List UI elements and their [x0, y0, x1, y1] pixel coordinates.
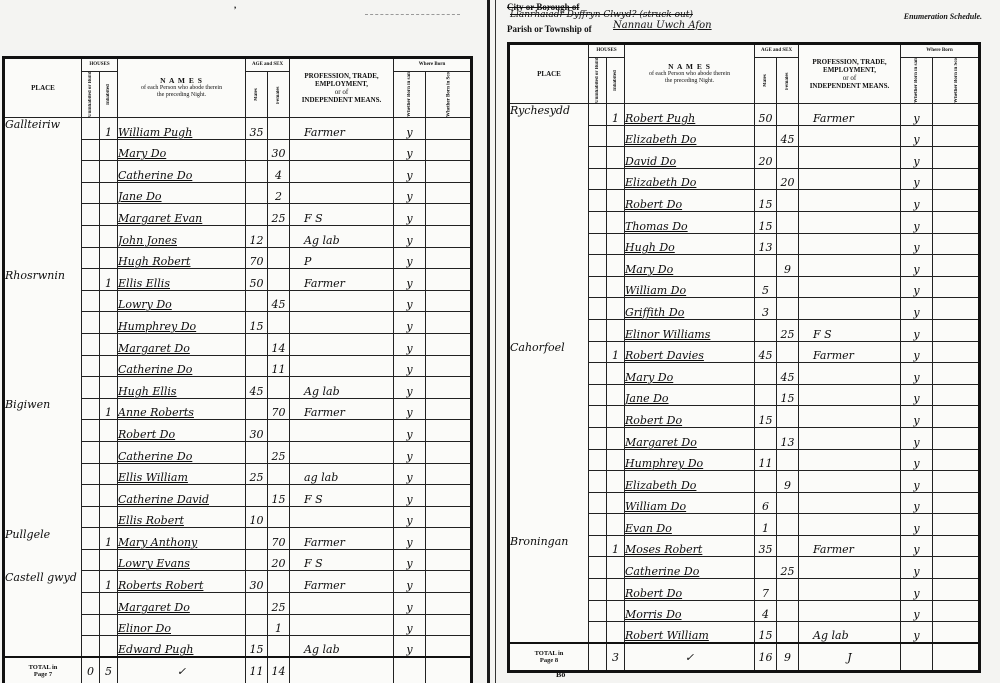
- male-age-cell: [246, 204, 268, 226]
- born-elsewhere-cell: [933, 276, 980, 298]
- born-elsewhere-cell: [426, 636, 472, 658]
- occupation-cell: [290, 333, 394, 355]
- uninhabited-cell: [589, 104, 607, 126]
- parish-value: Nannau Uwch Afon: [613, 20, 712, 31]
- inhabited-cell: 1: [100, 118, 118, 140]
- female-age-cell: 13: [777, 427, 799, 449]
- total-born-elsewhere: [426, 657, 472, 683]
- born-same-county-cell: y: [394, 420, 426, 442]
- male-age-cell: [246, 528, 268, 550]
- born-elsewhere-cell: [933, 579, 980, 601]
- occupation-cell: [290, 355, 394, 377]
- born-same-county-cell: y: [901, 384, 933, 406]
- total-uninhabited: [589, 643, 607, 672]
- female-age-cell: 20: [268, 549, 290, 571]
- born-same-county-cell: y: [394, 312, 426, 334]
- occupation-cell: Farmer: [290, 398, 394, 420]
- female-age-cell: 9: [777, 255, 799, 277]
- born-elsewhere-cell: [933, 406, 980, 428]
- header-age-sex: AGE and SEX: [755, 44, 799, 58]
- name-cell: Morris Do: [625, 600, 755, 622]
- born-same-county-cell: y: [901, 557, 933, 579]
- born-same-county-cell: y: [901, 147, 933, 169]
- male-age-cell: [755, 384, 777, 406]
- inhabited-cell: [607, 233, 625, 255]
- female-age-cell: [777, 211, 799, 233]
- name-cell: Thomas Do: [625, 211, 755, 233]
- female-age-cell: 11: [268, 355, 290, 377]
- uninhabited-cell: [82, 571, 100, 593]
- inhabited-cell: [607, 557, 625, 579]
- born-elsewhere-cell: [933, 600, 980, 622]
- male-age-cell: [246, 139, 268, 161]
- name-cell: Roberts Robert: [118, 571, 246, 593]
- occupation-cell: F S: [799, 319, 901, 341]
- uninhabited-cell: [82, 118, 100, 140]
- female-age-cell: 25: [777, 319, 799, 341]
- born-elsewhere-cell: [933, 125, 980, 147]
- female-age-cell: 25: [777, 557, 799, 579]
- male-age-cell: [246, 485, 268, 507]
- right-rows: Rychesydd1Robert Pugh50FarmeryElizabeth …: [509, 104, 980, 672]
- inhabited-cell: [100, 290, 118, 312]
- born-elsewhere-cell: [933, 255, 980, 277]
- born-elsewhere-cell: [426, 269, 472, 291]
- occupation-cell: [799, 125, 901, 147]
- male-age-cell: 10: [246, 506, 268, 528]
- born-elsewhere-cell: [426, 614, 472, 636]
- header-born-same-county: Whether Born in same County: [394, 72, 426, 118]
- born-elsewhere-cell: [933, 211, 980, 233]
- uninhabited-cell: [589, 600, 607, 622]
- table-row: Rychesydd1Robert Pugh50Farmery: [509, 104, 980, 126]
- name-cell: Anne Roberts: [118, 398, 246, 420]
- inhabited-cell: [100, 549, 118, 571]
- inhabited-cell: [100, 485, 118, 507]
- female-age-cell: [268, 377, 290, 399]
- male-age-cell: 7: [755, 579, 777, 601]
- uninhabited-cell: [82, 593, 100, 615]
- name-cell: John Jones: [118, 225, 246, 247]
- name-cell: Robert Do: [625, 579, 755, 601]
- female-age-cell: [268, 247, 290, 269]
- female-age-cell: 9: [777, 471, 799, 493]
- born-same-county-cell: y: [901, 168, 933, 190]
- name-cell: Jane Do: [118, 182, 246, 204]
- female-age-cell: [268, 463, 290, 485]
- female-age-cell: [777, 233, 799, 255]
- uninhabited-cell: [82, 506, 100, 528]
- occupation-cell: ag lab: [290, 463, 394, 485]
- male-age-cell: [755, 255, 777, 277]
- male-age-cell: 45: [755, 341, 777, 363]
- uninhabited-cell: [82, 161, 100, 183]
- name-cell: Humphrey Do: [625, 449, 755, 471]
- born-elsewhere-cell: [426, 485, 472, 507]
- header-profession-4: INDEPENDENT MEANS.: [290, 96, 393, 104]
- header-names-sub2: the preceding Night.: [118, 92, 245, 99]
- inhabited-cell: 1: [607, 104, 625, 126]
- name-cell: Catherine Do: [118, 355, 246, 377]
- female-age-cell: 25: [268, 593, 290, 615]
- female-age-cell: 20: [777, 168, 799, 190]
- inhabited-cell: [100, 636, 118, 658]
- uninhabited-cell: [82, 312, 100, 334]
- name-cell: William Pugh: [118, 118, 246, 140]
- header-where-born: Where Born: [394, 58, 472, 72]
- inhabited-cell: [100, 333, 118, 355]
- inhabited-cell: [607, 579, 625, 601]
- male-age-cell: [755, 125, 777, 147]
- header-profession-2: EMPLOYMENT,: [290, 80, 393, 88]
- male-age-cell: [755, 557, 777, 579]
- female-age-cell: [777, 341, 799, 363]
- female-age-cell: [777, 535, 799, 557]
- total-uninhabited: 0: [82, 657, 100, 683]
- occupation-cell: P: [290, 247, 394, 269]
- name-cell: Hugh Do: [625, 233, 755, 255]
- occupation-cell: [799, 233, 901, 255]
- occupation-cell: Farmer: [799, 535, 901, 557]
- total-born-elsewhere: [933, 643, 980, 672]
- header-female: Females: [268, 72, 290, 118]
- name-cell: Hugh Robert: [118, 247, 246, 269]
- name-cell: Catherine Do: [118, 441, 246, 463]
- male-age-cell: 70: [246, 247, 268, 269]
- female-age-cell: 30: [268, 139, 290, 161]
- inhabited-cell: [607, 363, 625, 385]
- female-age-cell: [268, 312, 290, 334]
- inhabited-cell: [100, 506, 118, 528]
- name-cell: Evan Do: [625, 514, 755, 536]
- inhabited-cell: [607, 622, 625, 644]
- inhabited-cell: [607, 427, 625, 449]
- occupation-cell: [799, 427, 901, 449]
- occupation-cell: Farmer: [290, 528, 394, 550]
- inhabited-cell: [100, 161, 118, 183]
- occupation-cell: [290, 441, 394, 463]
- schedule-title: Enumeration Schedule.: [904, 12, 982, 21]
- uninhabited-cell: [589, 298, 607, 320]
- occupation-cell: [799, 384, 901, 406]
- name-cell: Margaret Do: [625, 427, 755, 449]
- name-cell: Elizabeth Do: [625, 125, 755, 147]
- uninhabited-cell: [589, 125, 607, 147]
- male-age-cell: 13: [755, 233, 777, 255]
- total-males: 11: [246, 657, 268, 683]
- uninhabited-cell: [589, 384, 607, 406]
- name-cell: Robert Do: [625, 190, 755, 212]
- total-occupation: J: [799, 643, 901, 672]
- census-table-left: PLACE HOUSES N A M E S of each Person wh…: [2, 56, 473, 683]
- born-elsewhere-cell: [933, 492, 980, 514]
- born-same-county-cell: y: [394, 506, 426, 528]
- table-row: Castell gwyd1Roberts Robert30Farmery: [4, 571, 472, 593]
- occupation-cell: F S: [290, 549, 394, 571]
- occupation-cell: [799, 471, 901, 493]
- born-elsewhere-cell: [426, 571, 472, 593]
- uninhabited-cell: [589, 622, 607, 644]
- male-age-cell: 15: [755, 190, 777, 212]
- uninhabited-cell: [82, 636, 100, 658]
- born-same-county-cell: y: [901, 276, 933, 298]
- born-same-county-cell: y: [394, 182, 426, 204]
- uninhabited-cell: [82, 377, 100, 399]
- occupation-cell: [799, 363, 901, 385]
- name-cell: Mary Anthony: [118, 528, 246, 550]
- inhabited-cell: [607, 190, 625, 212]
- uninhabited-cell: [589, 363, 607, 385]
- born-same-county-cell: y: [394, 355, 426, 377]
- male-age-cell: 15: [246, 312, 268, 334]
- male-age-cell: [755, 319, 777, 341]
- header-profession: PROFESSION, TRADE, EMPLOYMENT, or of IND…: [290, 58, 394, 118]
- inhabited-cell: 1: [607, 341, 625, 363]
- inhabited-cell: [100, 441, 118, 463]
- born-elsewhere-cell: [426, 528, 472, 550]
- occupation-cell: [799, 579, 901, 601]
- female-age-cell: [777, 492, 799, 514]
- born-same-county-cell: y: [394, 269, 426, 291]
- uninhabited-cell: [589, 190, 607, 212]
- female-age-cell: [777, 406, 799, 428]
- table-row: Bigiwen1Anne Roberts70Farmery: [4, 398, 472, 420]
- female-age-cell: [777, 579, 799, 601]
- born-elsewhere-cell: [933, 298, 980, 320]
- inhabited-cell: [607, 514, 625, 536]
- inhabited-cell: [607, 492, 625, 514]
- male-age-cell: 15: [755, 622, 777, 644]
- occupation-cell: [290, 312, 394, 334]
- header-born-elsewhere: Whether Born in Scotland, Ireland, or Fo…: [426, 72, 472, 118]
- female-age-cell: [777, 190, 799, 212]
- header-born-same-county: Whether Born in same County: [901, 58, 933, 104]
- female-age-cell: [268, 225, 290, 247]
- born-elsewhere-cell: [426, 355, 472, 377]
- header-male: Males: [246, 72, 268, 118]
- name-cell: Moses Robert: [625, 535, 755, 557]
- male-age-cell: 30: [246, 420, 268, 442]
- male-age-cell: [246, 182, 268, 204]
- born-same-county-cell: y: [901, 579, 933, 601]
- total-females: 14: [268, 657, 290, 683]
- born-elsewhere-cell: [933, 341, 980, 363]
- occupation-cell: [290, 161, 394, 183]
- uninhabited-cell: [589, 471, 607, 493]
- header-inhabited: Inhabited: [100, 72, 118, 118]
- total-females: 9: [777, 643, 799, 672]
- male-age-cell: 15: [755, 406, 777, 428]
- name-cell: Robert Pugh: [625, 104, 755, 126]
- total-label: TOTAL inPage 8: [509, 643, 589, 672]
- born-same-county-cell: y: [901, 298, 933, 320]
- born-elsewhere-cell: [933, 622, 980, 644]
- total-row: TOTAL inPage 705✓1114: [4, 657, 472, 683]
- inhabited-cell: [607, 125, 625, 147]
- uninhabited-cell: [589, 211, 607, 233]
- inhabited-cell: [100, 204, 118, 226]
- born-elsewhere-cell: [426, 225, 472, 247]
- name-cell: Catherine Do: [625, 557, 755, 579]
- inhabited-cell: [100, 225, 118, 247]
- total-row: TOTAL inPage 83✓169J: [509, 643, 980, 672]
- header-names-sub1: of each Person who abode therein: [625, 71, 754, 78]
- total-inhabited: 5: [100, 657, 118, 683]
- born-same-county-cell: y: [394, 139, 426, 161]
- occupation-cell: [290, 290, 394, 312]
- male-age-cell: [246, 549, 268, 571]
- inhabited-cell: [607, 298, 625, 320]
- male-age-cell: 15: [755, 211, 777, 233]
- header-born-elsewhere: Whether Born in Scotland, Ireland, or Fo…: [933, 58, 980, 104]
- born-same-county-cell: y: [394, 549, 426, 571]
- inhabited-cell: [100, 139, 118, 161]
- female-age-cell: 14: [268, 333, 290, 355]
- table-row: Broningan1Moses Robert35Farmery: [509, 535, 980, 557]
- male-age-cell: [246, 333, 268, 355]
- male-age-cell: 50: [246, 269, 268, 291]
- uninhabited-cell: [589, 427, 607, 449]
- born-elsewhere-cell: [426, 463, 472, 485]
- occupation-cell: [290, 420, 394, 442]
- female-age-cell: 25: [268, 441, 290, 463]
- uninhabited-cell: [589, 406, 607, 428]
- born-same-county-cell: y: [394, 441, 426, 463]
- male-age-cell: 20: [755, 147, 777, 169]
- uninhabited-cell: [589, 514, 607, 536]
- occupation-cell: Farmer: [799, 104, 901, 126]
- female-age-cell: 25: [268, 204, 290, 226]
- header-uninhabited: Uninhabited or Building: [82, 72, 100, 118]
- born-elsewhere-cell: [933, 535, 980, 557]
- occupation-cell: [799, 168, 901, 190]
- male-age-cell: 50: [755, 104, 777, 126]
- place-cell: Cahorfoel: [509, 341, 589, 535]
- born-same-county-cell: y: [394, 161, 426, 183]
- uninhabited-cell: [82, 398, 100, 420]
- male-age-cell: 4: [755, 600, 777, 622]
- born-same-county-cell: y: [901, 427, 933, 449]
- born-same-county-cell: y: [394, 528, 426, 550]
- total-names-check: ✓: [625, 643, 755, 672]
- name-cell: Humphrey Do: [118, 312, 246, 334]
- born-elsewhere-cell: [933, 233, 980, 255]
- name-cell: William Do: [625, 276, 755, 298]
- male-age-cell: [246, 614, 268, 636]
- total-names-check: ✓: [118, 657, 246, 683]
- inhabited-cell: [100, 312, 118, 334]
- occupation-cell: Ag lab: [290, 636, 394, 658]
- name-cell: Robert William: [625, 622, 755, 644]
- uninhabited-cell: [82, 182, 100, 204]
- uninhabited-cell: [589, 276, 607, 298]
- born-same-county-cell: y: [394, 571, 426, 593]
- occupation-cell: Ag lab: [290, 225, 394, 247]
- uninhabited-cell: [589, 168, 607, 190]
- born-elsewhere-cell: [933, 168, 980, 190]
- male-age-cell: 25: [246, 463, 268, 485]
- page-marker: Bo: [556, 670, 565, 679]
- occupation-cell: [290, 593, 394, 615]
- born-same-county-cell: y: [901, 255, 933, 277]
- header-names: N A M E S of each Person who abode there…: [118, 58, 246, 118]
- header-place: PLACE: [509, 44, 589, 104]
- inhabited-cell: [607, 449, 625, 471]
- inhabited-cell: [607, 319, 625, 341]
- header-houses: HOUSES: [589, 44, 625, 58]
- total-born-same: [901, 643, 933, 672]
- born-elsewhere-cell: [933, 190, 980, 212]
- occupation-cell: [290, 506, 394, 528]
- male-age-cell: 35: [755, 535, 777, 557]
- female-age-cell: [268, 118, 290, 140]
- born-same-county-cell: y: [394, 225, 426, 247]
- total-label-line2: Page 7: [5, 671, 81, 678]
- born-same-county-cell: y: [901, 104, 933, 126]
- born-same-county-cell: y: [394, 290, 426, 312]
- table-row: Pullgele1Mary Anthony70Farmery: [4, 528, 472, 550]
- inhabited-cell: [607, 147, 625, 169]
- occupation-cell: [799, 190, 901, 212]
- header-male: Males: [755, 58, 777, 104]
- header-names-sub2: the preceding Night.: [625, 78, 754, 85]
- inhabited-cell: [607, 255, 625, 277]
- male-age-cell: 45: [246, 377, 268, 399]
- occupation-cell: [799, 514, 901, 536]
- female-age-cell: 45: [777, 363, 799, 385]
- header-age-sex: AGE and SEX: [246, 58, 290, 72]
- name-cell: Catherine David: [118, 485, 246, 507]
- born-elsewhere-cell: [933, 319, 980, 341]
- occupation-cell: F S: [290, 204, 394, 226]
- born-same-county-cell: y: [901, 363, 933, 385]
- born-same-county-cell: y: [901, 233, 933, 255]
- inhabited-cell: [100, 463, 118, 485]
- uninhabited-cell: [589, 147, 607, 169]
- place-cell: Gallteiriw: [4, 118, 82, 269]
- born-same-county-cell: y: [394, 463, 426, 485]
- total-label-line2: Page 8: [510, 657, 588, 664]
- header-profession-3: or of: [799, 74, 900, 82]
- parish-label: Parish or Township of: [507, 24, 592, 34]
- born-same-county-cell: y: [901, 622, 933, 644]
- female-age-cell: 45: [268, 290, 290, 312]
- inhabited-cell: 1: [100, 269, 118, 291]
- female-age-cell: [777, 298, 799, 320]
- uninhabited-cell: [82, 225, 100, 247]
- born-same-county-cell: y: [394, 636, 426, 658]
- female-age-cell: [268, 420, 290, 442]
- inhabited-cell: [100, 377, 118, 399]
- inhabited-cell: [607, 384, 625, 406]
- born-elsewhere-cell: [426, 312, 472, 334]
- born-same-county-cell: y: [901, 514, 933, 536]
- total-born-same: [394, 657, 426, 683]
- uninhabited-cell: [82, 549, 100, 571]
- uninhabited-cell: [82, 355, 100, 377]
- born-same-county-cell: y: [901, 449, 933, 471]
- name-cell: Mary Do: [625, 255, 755, 277]
- name-cell: David Do: [625, 147, 755, 169]
- born-same-county-cell: y: [901, 125, 933, 147]
- page-tick-mark: ,: [234, 0, 236, 10]
- occupation-cell: [799, 449, 901, 471]
- total-label-line1: TOTAL in: [5, 664, 81, 671]
- occupation-cell: [799, 211, 901, 233]
- female-age-cell: [268, 571, 290, 593]
- occupation-cell: Ag lab: [799, 622, 901, 644]
- uninhabited-cell: [589, 341, 607, 363]
